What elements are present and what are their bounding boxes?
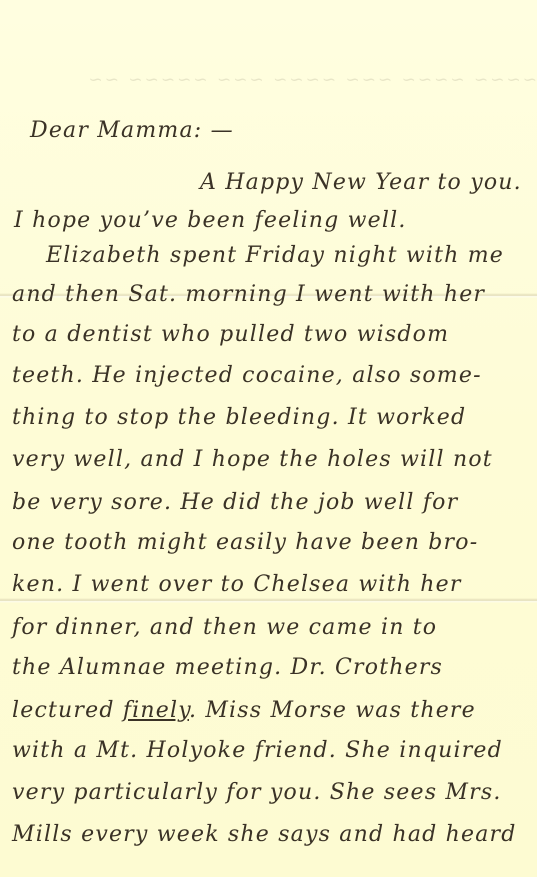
- letter-line-17: Mills every week she says and had heard: [12, 822, 517, 847]
- fold-line-lower: [0, 598, 537, 603]
- letter-line-12: for dinner, and then we came in to: [12, 615, 437, 640]
- letter-line-13: the Alumnae meeting. Dr. Crothers: [12, 655, 443, 680]
- letter-line-9: be very sore. He did the job well for: [12, 490, 458, 515]
- letter-line-2: I hope you’ve been feeling well.: [14, 208, 407, 233]
- letter-line-6: teeth. He injected cocaine, also some-: [12, 363, 482, 388]
- letter-line-8: very well, and I hope the holes will not: [12, 447, 493, 472]
- letter-line-4: and then Sat. morning I went with her: [12, 282, 485, 307]
- letter-line-14-text: lectured finely. Miss Morse was there: [12, 698, 476, 723]
- letter-line-1: A Happy New Year to you.: [200, 170, 522, 195]
- show-through-text: ~~~~ ~~~~ ~~~ ~~~~ ~~~ ~~~~~ ~~: [0, 70, 537, 90]
- letter-line-16: very particularly for you. She sees Mrs.: [12, 780, 502, 805]
- letter-line-10: one tooth might easily have been bro-: [12, 530, 478, 555]
- letter-line-15: with a Mt. Holyoke friend. She inquired: [12, 738, 503, 763]
- salutation: Dear Mamma: —: [30, 118, 234, 143]
- letter-line-7: thing to stop the bleeding. It worked: [12, 405, 466, 430]
- letter-page: ~~~~ ~~~~ ~~~ ~~~~ ~~~ ~~~~~ ~~ Dear Mam…: [0, 0, 537, 877]
- letter-line-14: lectured finely. Miss Morse was there: [12, 698, 476, 723]
- letter-line-5: to a dentist who pulled two wisdom: [12, 322, 449, 347]
- letter-line-3: Elizabeth spent Friday night with me: [46, 243, 504, 268]
- letter-line-11: ken. I went over to Chelsea with her: [12, 572, 462, 597]
- underlined-word: finely: [123, 698, 189, 723]
